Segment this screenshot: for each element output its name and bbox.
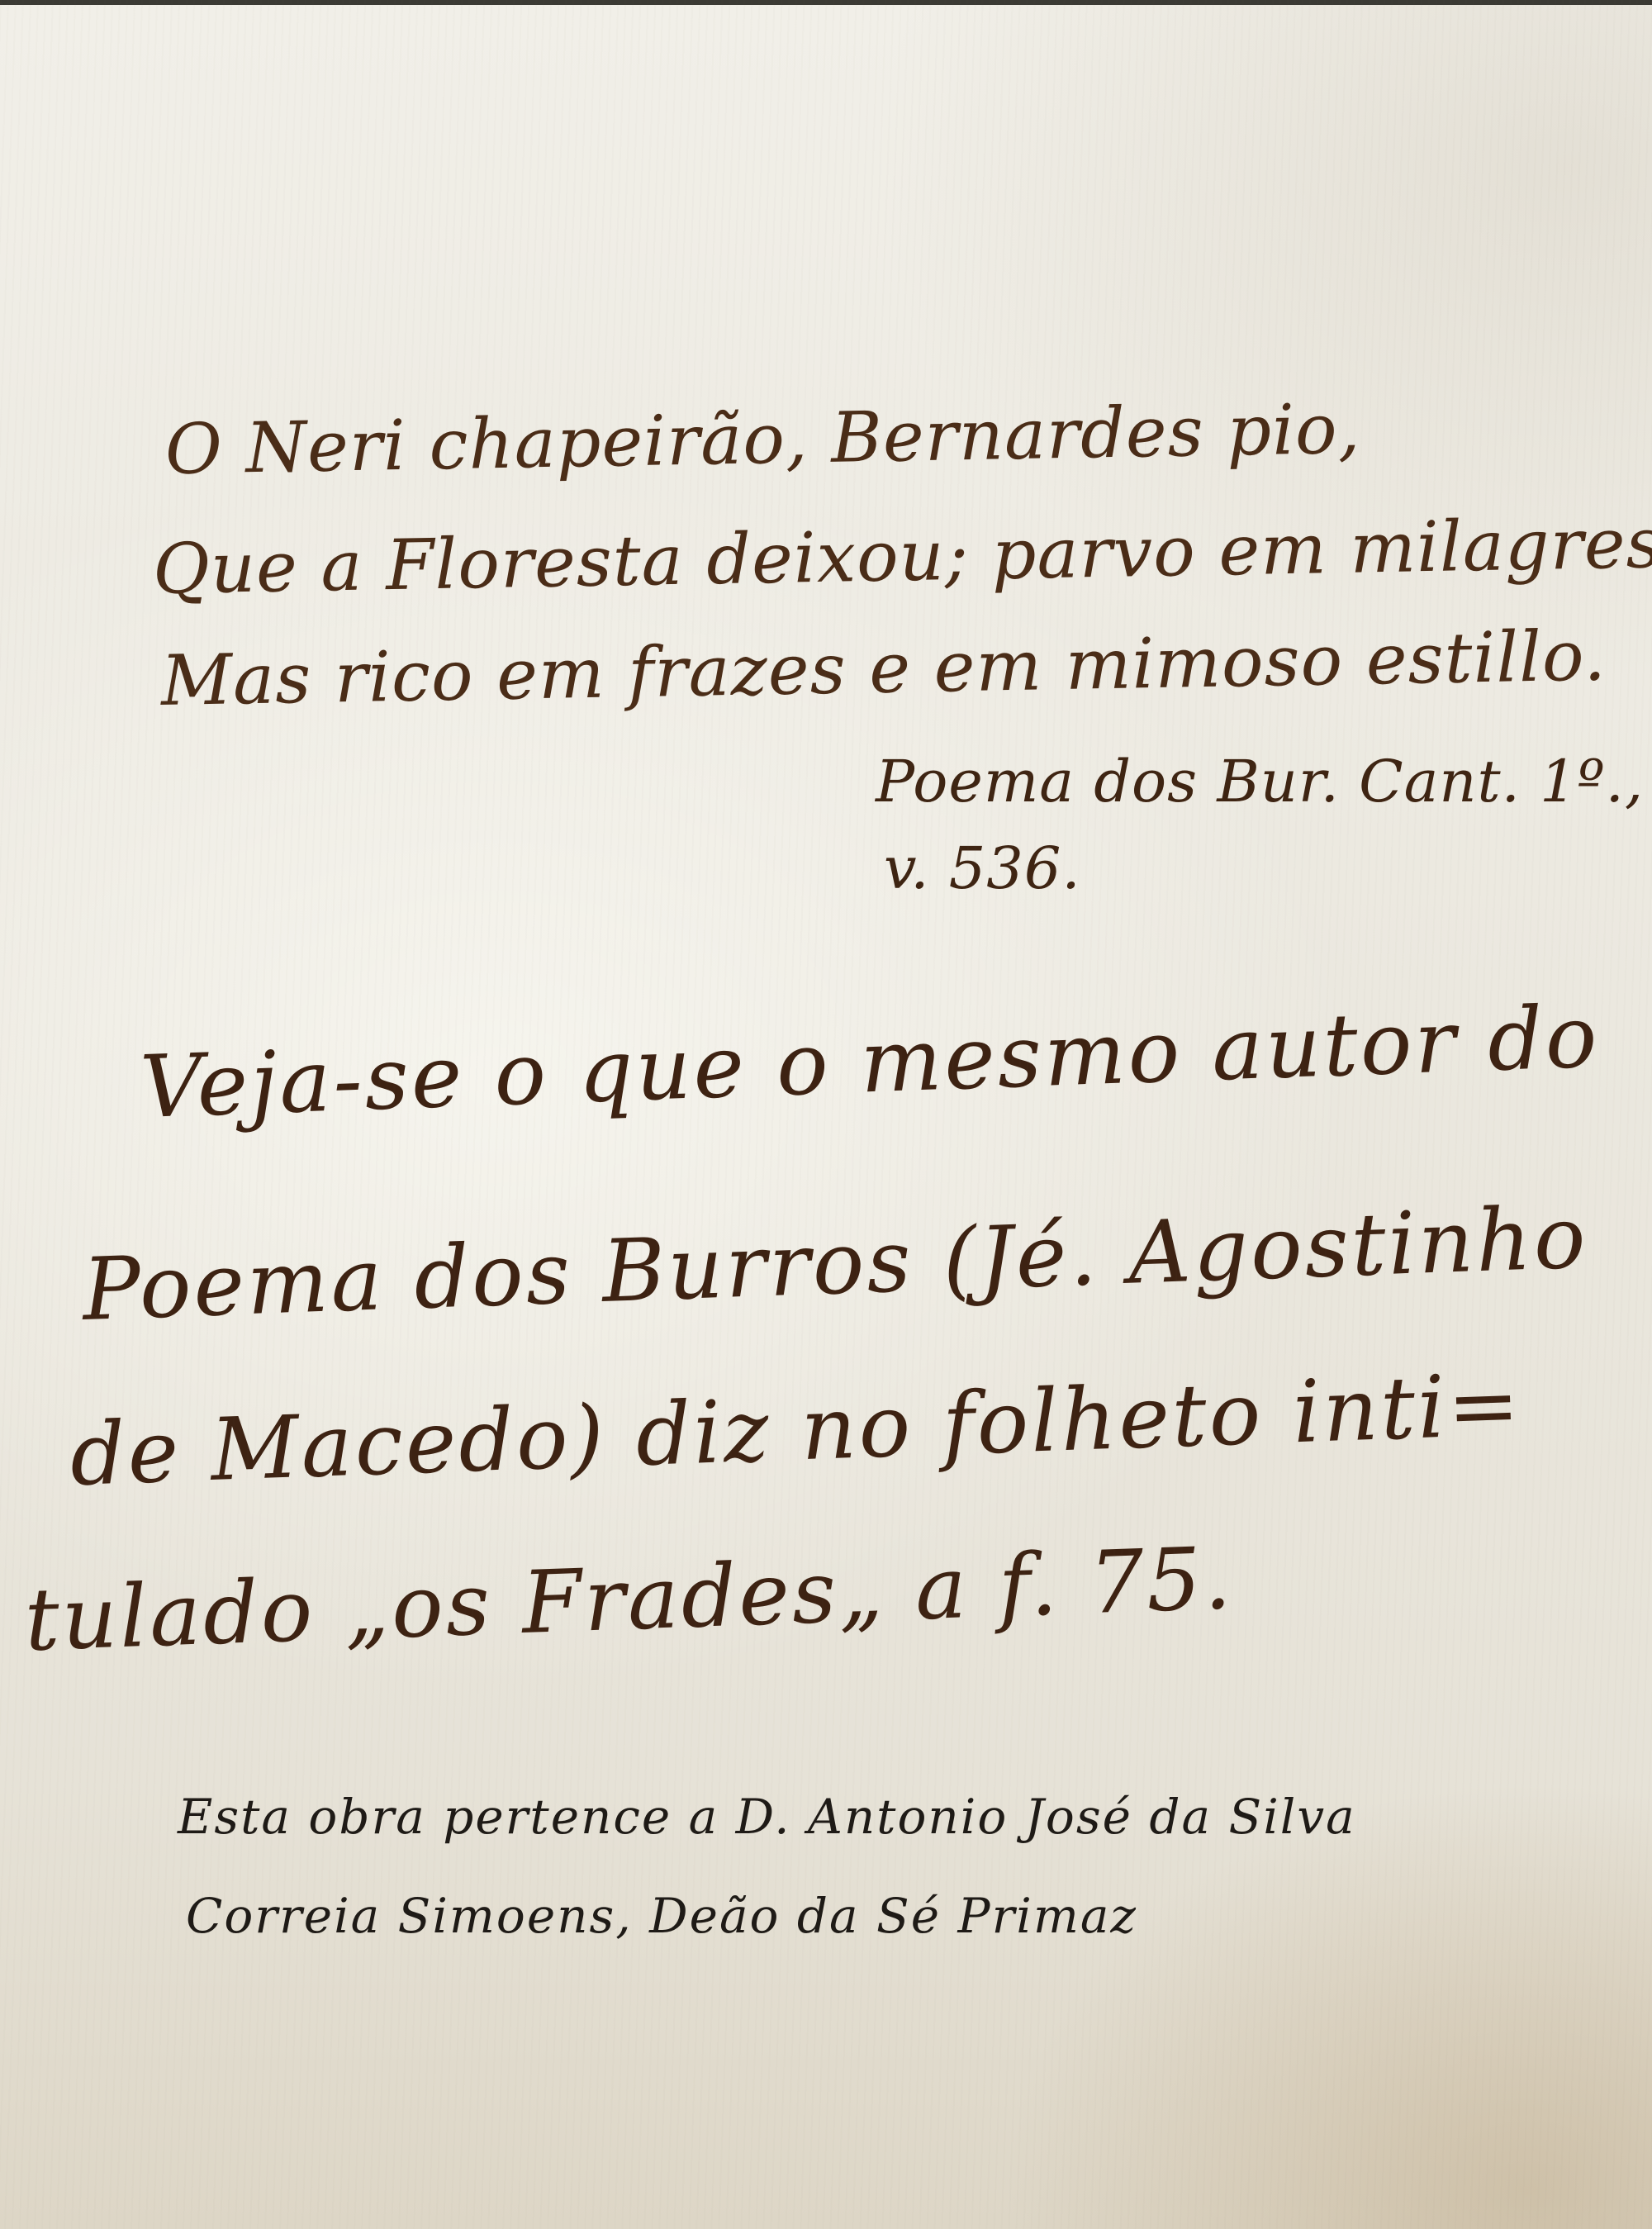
photo-top-edge [0, 0, 1652, 5]
note-line: tulado „os Frades„ a f. 75. [23, 1528, 1235, 1671]
citation-source: Poema dos Bur. Cant. 1º., [876, 748, 1644, 815]
note-line: Veja-se o que o mesmo autor do [139, 986, 1601, 1138]
ownership-line: Correia Simoens, Deão da Sé Primaz [186, 1888, 1137, 1944]
note-line: de Macedo) diz no folheto inti= [69, 1354, 1524, 1505]
verse-line: O Neri chapeirão, Bernardes pio, [164, 388, 1361, 490]
verse-line: Que a Floresta deixou; parvo em milagres… [152, 502, 1652, 610]
manuscript-page: O Neri chapeirão, Bernardes pio, Que a F… [0, 0, 1652, 2229]
verse-line: Mas rico em frazes e em mimoso estillo. [160, 615, 1607, 721]
citation-verse-number: v. 536. [884, 834, 1081, 902]
note-line: Poema dos Burros (Jé. Agostinho [81, 1186, 1589, 1340]
ownership-line: Esta obra pertence a D. Antonio José da … [178, 1789, 1356, 1845]
